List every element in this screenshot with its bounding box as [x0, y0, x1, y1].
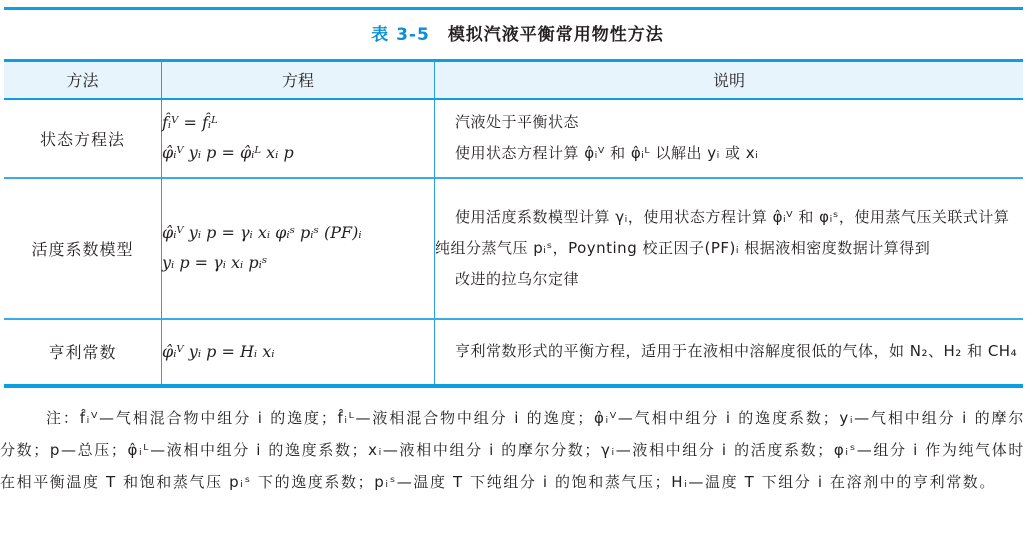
description-paragraph: 亨利常数形式的平衡方程，适用于在液相中溶解度很低的气体，如 N₂、H₂ 和 CH… — [435, 336, 1023, 367]
caption-number: 表 3-5 — [371, 25, 430, 45]
equation-cell: φ̂ᵢⱽ yᵢ p = Hᵢ xᵢ — [162, 319, 435, 386]
top-rule — [4, 7, 1023, 10]
description-line: 使用状态方程计算 φ̂ᵢⱽ 和 φ̂ᵢᴸ 以解出 yᵢ 或 xᵢ — [435, 138, 1023, 169]
header-row: 方法 方程 说明 — [4, 61, 1023, 99]
note-label: 注： — [0, 409, 80, 427]
equation-line: φ̂ᵢⱽ yᵢ p = γᵢ xᵢ φᵢˢ pᵢˢ (PF)ᵢ — [162, 218, 434, 248]
table-row: 活度系数模型 φ̂ᵢⱽ yᵢ p = γᵢ xᵢ φᵢˢ pᵢˢ (PF)ᵢ y… — [4, 178, 1023, 319]
equation-cell: f̂ᵢⱽ = f̂ᵢᴸ φ̂ᵢⱽ yᵢ p = φ̂ᵢᴸ xᵢ p — [162, 99, 435, 178]
table-note: 注：f̂ᵢⱽ—气相混合物中组分 i 的逸度；f̂ᵢᴸ—液相混合物中组分 i 的逸… — [0, 402, 1025, 498]
method-cell: 活度系数模型 — [4, 178, 162, 319]
header-equation: 方程 — [162, 61, 435, 99]
description-line: 汽液处于平衡状态 — [435, 107, 1023, 138]
method-cell: 状态方程法 — [4, 99, 162, 178]
equation-line: φ̂ᵢⱽ yᵢ p = Hᵢ xᵢ — [162, 337, 434, 367]
description-cell: 使用活度系数模型计算 γᵢ，使用状态方程计算 φ̂ᵢⱽ 和 φᵢˢ，使用蒸气压关… — [435, 178, 1024, 319]
property-methods-table: 方法 方程 说明 状态方程法 f̂ᵢⱽ = f̂ᵢᴸ φ̂ᵢⱽ yᵢ p = φ… — [4, 59, 1023, 388]
equation-cell: φ̂ᵢⱽ yᵢ p = γᵢ xᵢ φᵢˢ pᵢˢ (PF)ᵢ yᵢ p = γ… — [162, 178, 435, 319]
header-method: 方法 — [4, 61, 162, 99]
description-cell: 亨利常数形式的平衡方程，适用于在液相中溶解度很低的气体，如 N₂、H₂ 和 CH… — [435, 319, 1024, 386]
description-cell: 汽液处于平衡状态 使用状态方程计算 φ̂ᵢⱽ 和 φ̂ᵢᴸ 以解出 yᵢ 或 x… — [435, 99, 1024, 178]
description-paragraph: 使用活度系数模型计算 γᵢ，使用状态方程计算 φ̂ᵢⱽ 和 φᵢˢ，使用蒸气压关… — [435, 202, 1023, 264]
description-line: 改进的拉乌尔定律 — [435, 264, 1023, 295]
table-caption: 表 3-5模拟汽液平衡常用物性方法 — [0, 20, 1035, 45]
table-row: 亨利常数 φ̂ᵢⱽ yᵢ p = Hᵢ xᵢ 亨利常数形式的平衡方程，适用于在液… — [4, 319, 1023, 386]
note-text: f̂ᵢⱽ—气相混合物中组分 i 的逸度；f̂ᵢᴸ—液相混合物中组分 i 的逸度；… — [0, 409, 1025, 491]
caption-title: 模拟汽液平衡常用物性方法 — [448, 25, 664, 45]
table-row: 状态方程法 f̂ᵢⱽ = f̂ᵢᴸ φ̂ᵢⱽ yᵢ p = φ̂ᵢᴸ xᵢ p … — [4, 99, 1023, 178]
equation-line: yᵢ p = γᵢ xᵢ pᵢˢ — [162, 248, 434, 278]
header-description: 说明 — [435, 61, 1024, 99]
equation-line: f̂ᵢⱽ = f̂ᵢᴸ — [162, 108, 434, 138]
method-cell: 亨利常数 — [4, 319, 162, 386]
equation-line: φ̂ᵢⱽ yᵢ p = φ̂ᵢᴸ xᵢ p — [162, 138, 434, 168]
